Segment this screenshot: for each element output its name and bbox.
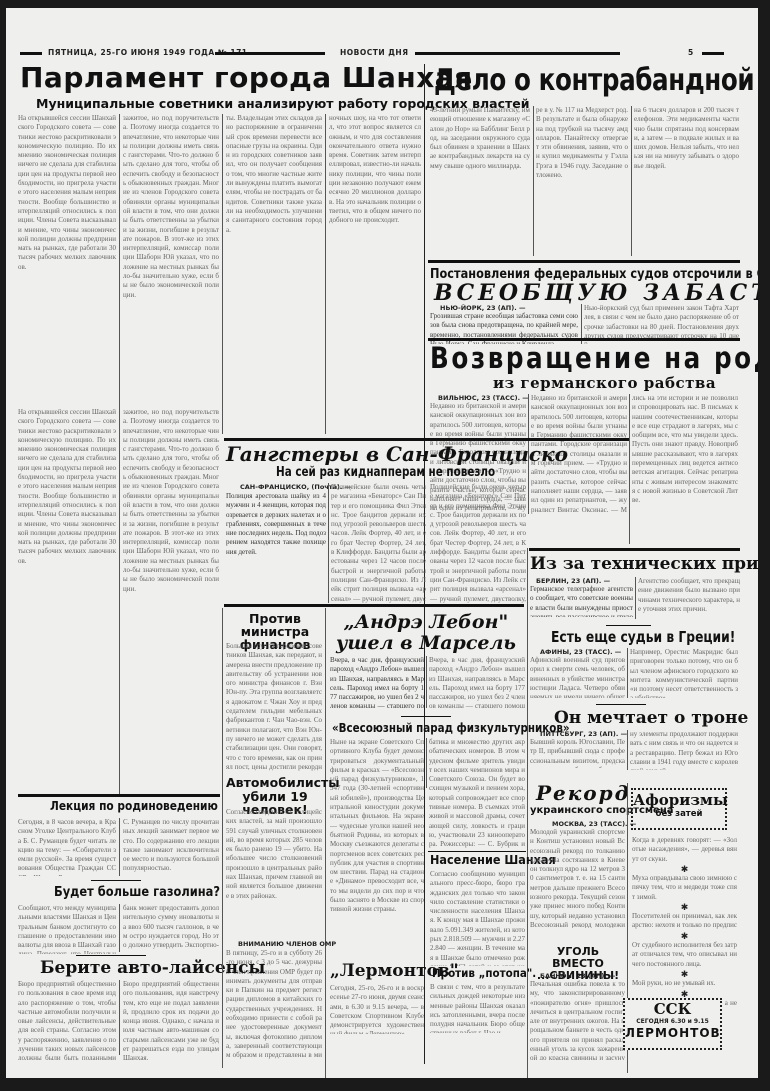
article-cars-killed: Согласно сведений от полицейских властей…	[226, 808, 322, 918]
masthead-bar: ПЯТНИЦА, 25-ГО ИЮНЯ 1949 ГОДА № 171 НОВО…	[20, 48, 758, 60]
dateline-coal: БАННОН, 23 (АП). —	[540, 972, 616, 980]
aphorism-item: Муха оправдывала свою зимнюю спячку тем,…	[632, 874, 737, 902]
article-parliament-col2-cont: зажитое, но под поручительства. Поэтому …	[123, 408, 219, 788]
article-contraband-col2: ре в у. № 117 на Медхерст род. В результ…	[536, 106, 628, 256]
headline-throne: Он мечтает о троне	[554, 710, 748, 727]
dateline-return-home: ВИЛЬНЮС, 23 (ТАСС). —	[438, 394, 529, 402]
headline-andre-lebon: „Андрэ Лебон" ушел в Марсель	[328, 612, 524, 654]
article-parliament-col1-cont: На открывшейся сессии Шанхайского Городс…	[18, 408, 116, 788]
article-parade-col2: батика и множество других акробатических…	[429, 738, 525, 848]
article-record: Молодой украинский спортсмен Контиш уста…	[530, 828, 625, 928]
article-tech-reasons-col1: Германское телеграфное агентство сообщае…	[530, 585, 633, 617]
article-gangsters-col1: Полиция арестовала шайку из 4 мужчин и 4…	[226, 492, 326, 602]
article-lecture-col1: Сегодня, в 8 часов вечера, в Красном Уго…	[18, 818, 116, 876]
article-gasoline-col2: банк может предоставить дополнительную с…	[123, 904, 219, 952]
headline-lecture: Лекция по родиноведению	[50, 800, 218, 813]
aphorisms-title: Афоризмы	[633, 793, 725, 808]
headline-contraband: Дело о контрабандной патентике	[434, 66, 758, 96]
article-lermontov: Сегодня, 25-го, 26-го и в воскресенье 27…	[330, 984, 424, 1034]
article-gangsters-col3: Полицейские были очень четыре магазина «…	[430, 483, 526, 603]
aphorism-item: Мой руки, но не умывай их.	[632, 979, 737, 989]
aphorisms-box: Афоризмы без затей	[631, 788, 727, 830]
article-andre-lebon-col1: Вчера, в час дня, французский пароход «А…	[330, 656, 424, 708]
headline-gangsters: Гангстеры в Сан-Франциско	[226, 444, 568, 464]
article-parliament-col4: ночных шоу, на что тот ответил, что этот…	[329, 114, 421, 429]
subhead-gangsters: На сей раз киднапперам не повезло	[276, 466, 495, 479]
headline-tech-reasons: Из за технических причин..	[530, 556, 758, 573]
article-greece-col1: Афинский военный суд приговорил к смерти…	[530, 656, 625, 698]
article-licenses-col2: Бюро предприятий общественного пользован…	[123, 980, 219, 1060]
article-parliament-col3: ты. Владельцам этих складов дано распоря…	[226, 114, 322, 429]
article-greece-col2: Например, Орестис Макридис был приговоре…	[630, 648, 738, 698]
aphorism-item: Посетителей он принимал, как лекарство: …	[632, 912, 737, 931]
article-gangsters-col2: Полицейские были очень четыре магазина «…	[331, 483, 426, 603]
page-number: 5	[688, 48, 694, 57]
headline-parade: «Всесоюзный парад физкультурников»	[332, 722, 570, 734]
article-finance-minister: Большая группа городских советников Шанх…	[226, 642, 322, 772]
headline-gasoline: Будет больше газолина?	[54, 886, 220, 899]
article-coal: Печальная ошибка повела к тому, что зако…	[530, 980, 625, 1060]
article-flood: В связи с тем, что в результате сильных …	[430, 983, 525, 1033]
article-throne-col2: ну элементы продолжают поддерживать с ни…	[630, 730, 738, 770]
ssk-showtimes: СЕГОДНЯ 6.30 и 9.15	[625, 1018, 720, 1025]
newspaper-page: ПЯТНИЦА, 25-ГО ИЮНЯ 1949 ГОДА № 171 НОВО…	[6, 8, 758, 1078]
article-parade-col1: Ныне на экране Советского Спортивного Кл…	[330, 738, 424, 938]
dateline-greece: АФИНЫ, 23 (ТАСС). —	[540, 648, 621, 656]
aphorisms-subtitle: без затей	[633, 810, 725, 819]
article-population: Согласно сообщению муниципального пресс-…	[430, 870, 525, 966]
dateline-record: МОСКВА, 23 (ТАСС). —	[552, 820, 636, 828]
article-tech-reasons-col2: Агентство сообщает, что прекращение движ…	[638, 577, 740, 619]
headline-licenses: Берите авто-лайсенсы	[40, 960, 265, 977]
star-separator-icon: ✱	[632, 931, 737, 941]
aphorisms-list: Когда в деревнях говорят: — «Золотые нас…	[632, 836, 737, 1018]
article-lecture-col2: С. Руманцев по числу прочитанных лекций …	[123, 818, 219, 876]
article-return-home-col3: лись на эти истории и не позволили спров…	[632, 394, 738, 544]
article-parliament-col1: На открывшейся сессии Шанхайского Городс…	[18, 114, 116, 404]
article-contraband-col1: 43-летний румын Панайтеску, имеющий отно…	[430, 106, 530, 256]
paper-name: НОВОСТИ ДНЯ	[340, 48, 409, 57]
article-andre-lebon-col2: Вчера, в час дня, французский пароход «А…	[429, 656, 525, 708]
star-separator-icon: ✱	[632, 864, 737, 874]
headline-record: Рекорд	[536, 783, 631, 803]
ssk-advertisement: ССК СЕГОДНЯ 6.30 и 9.15 ЛЕРМОНТОВ	[623, 998, 722, 1050]
article-throne-col1: Бывший король Югославии, Петр II, прибыв…	[530, 738, 625, 768]
star-separator-icon: ✱	[632, 969, 737, 979]
headline-parliament: Парламент города Шанхая	[20, 64, 473, 92]
article-parliament-col2: зажитое, но под поручительства. Поэтому …	[123, 114, 219, 404]
headline-return-home: Возвращение на родную землю	[430, 344, 758, 373]
star-separator-icon: ✱	[632, 902, 737, 912]
subhead-return-home: из германского рабства	[493, 376, 716, 391]
headline-lermontov: „Лермонтов"	[330, 963, 459, 980]
article-gasoline-col1: Сообщают, что между муниципальными власт…	[18, 904, 116, 954]
dateline-tech-reasons: БЕРЛИН, 23 (АП). —	[536, 577, 610, 585]
aphorism-item: Когда в деревнях говорят: — «Золотые нас…	[632, 836, 737, 864]
aphorism-item: От судебного исполнителя без затрат отли…	[632, 941, 737, 969]
headline-omr: ВНИМАНИЮ ЧЛЕНОВ ОМР	[238, 940, 336, 948]
article-licenses-col1: Бюро предприятий общественного пользован…	[18, 980, 116, 1060]
article-contraband-col3: на 6 тысяч долларов и 200 тысяч телефоно…	[634, 106, 739, 256]
ssk-film-title: ЛЕРМОНТОВ	[625, 1027, 720, 1039]
headline-greece: Есть еще судьи в Греции!	[551, 630, 735, 645]
headline-strike: ВСЕОБЩУЮ ЗАБАСТОВКУ	[434, 282, 758, 304]
dateline-strike: НЬЮ-ЙОРК, 23 (АП). —	[440, 304, 525, 312]
ssk-title: ССК	[625, 1002, 720, 1017]
